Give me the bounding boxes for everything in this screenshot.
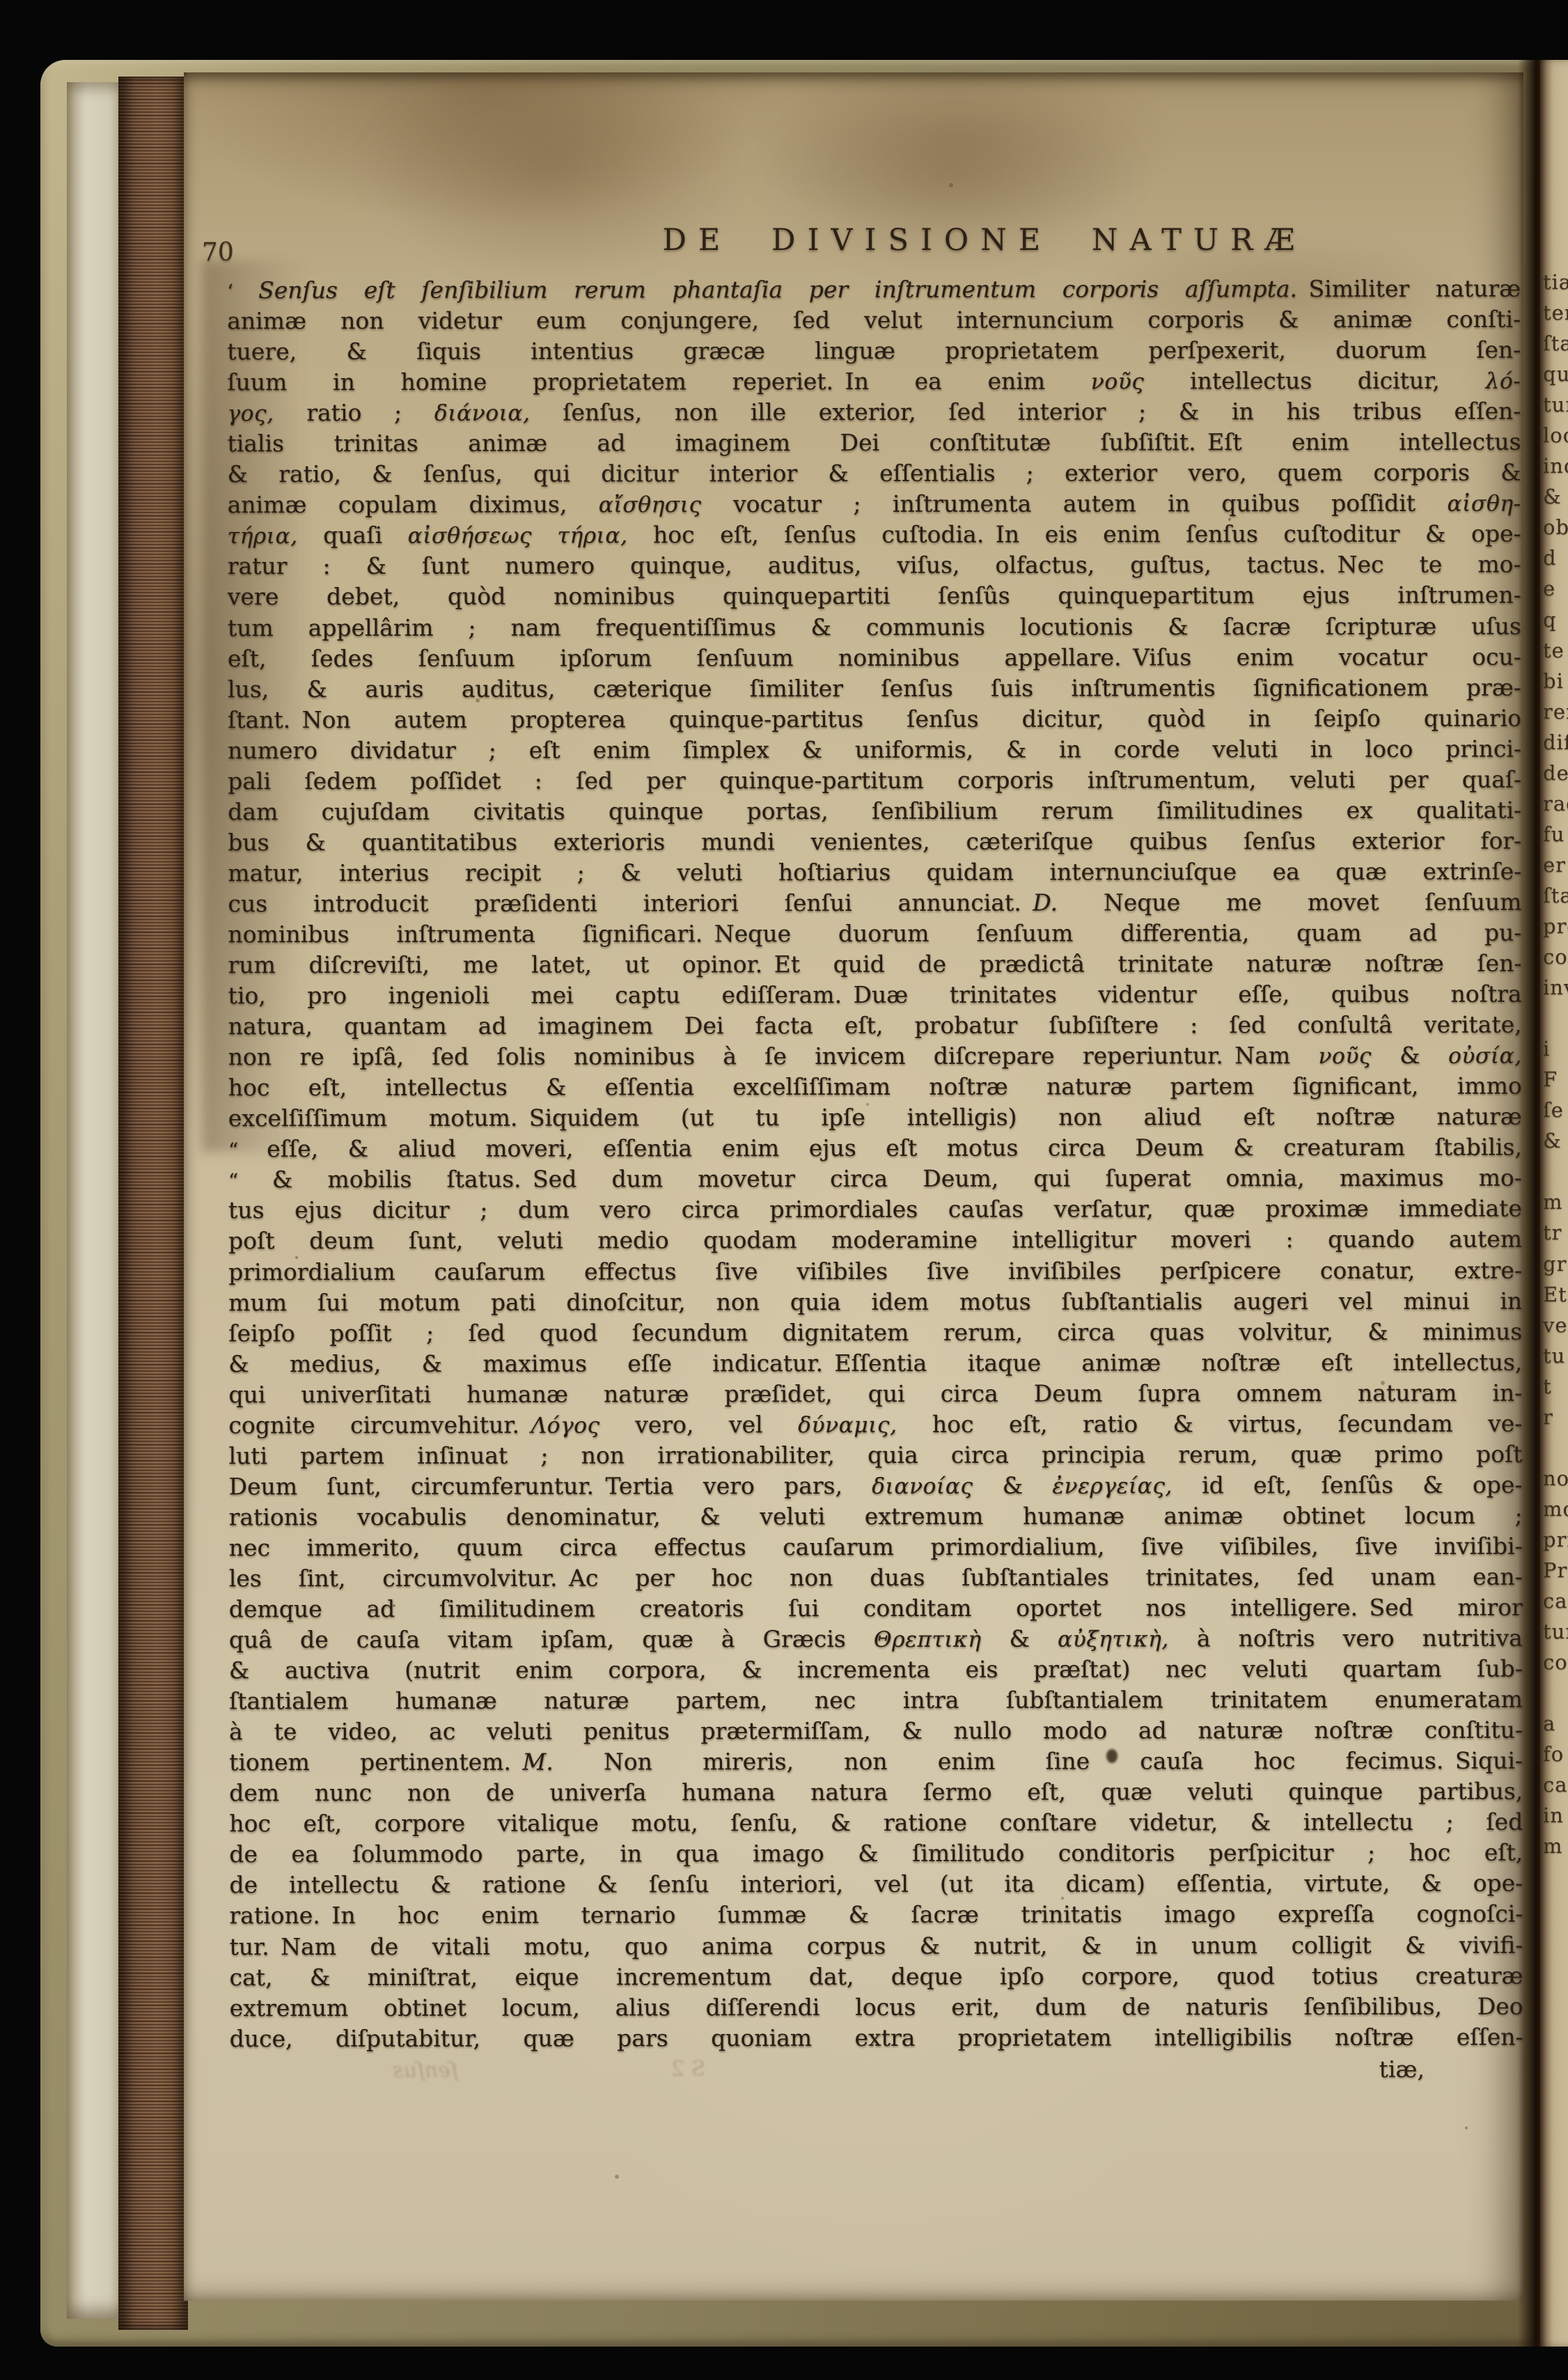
page-number: 70 [202,238,234,267]
text-line: ſtantialem humanæ naturæ partem, nec int… [229,1684,1523,1717]
text-line: tum appellârim ; nam frequentiſſimus & c… [228,611,1521,643]
next-page-text-fragment: ter [1540,297,1568,328]
text-line: les ſint, circumvolvitur. Ac per hoc non… [229,1562,1523,1595]
text-line: cat, & miniſtrat, eique incrementum dat,… [230,1960,1523,1993]
text-line: “ eſſe, & aliud moveri, eſſentia enim ej… [228,1132,1522,1165]
next-page-text-fragment: m [1540,1187,1568,1217]
text-line: cus introducit præſidenti interiori ſenſ… [228,887,1521,920]
next-page-text-fragment: gr [1540,1248,1568,1279]
next-page-text-fragment: fu [1540,819,1568,850]
text-line: animæ copulam diximus, αἴσθησις vocatur … [228,488,1521,521]
show-through-ghost: S 2 [671,2057,705,2081]
next-page-text-fragment: fo [1540,1739,1568,1769]
text-line: lus, & auris auditus, cæterique ſimilite… [228,672,1521,705]
text-line: Deum ſunt, circumferuntur. Tertia vero p… [229,1470,1523,1503]
next-page-text-fragment [1540,1861,1568,1892]
text-line: tio, pro ingenioli mei captu ediſſeram. … [228,979,1522,1012]
next-page-text-fragment: tur [1540,389,1568,420]
text-line: ‘ Senſus eſt ſenſibilium rerum phantaſia… [227,274,1521,306]
next-page-text-fragment: mo [1540,1494,1568,1524]
next-page-text-fragment: pri [1540,1524,1568,1555]
text-line: tionem pertinentem. M. Non mireris, non … [229,1746,1523,1778]
next-page-text-fragment: te [1540,635,1568,666]
next-page-text-fragment [1540,1892,1568,1923]
text-line: pali ſedem poſſidet : ſed per quinque-pa… [228,764,1521,797]
next-page-text-fragment: ob [1540,512,1568,542]
text-line: numero dividatur ; eſt enim ſimplex & un… [228,733,1521,766]
next-page-text-fragment [1540,1156,1568,1187]
text-line: quâ de cauſa vitam ipſam, quæ à Græcis Θ… [229,1623,1523,1656]
next-page-text-fragment: loc [1540,420,1568,451]
text-line: vere debet, quòd nominibus quinquepartit… [228,580,1521,613]
text-line: de ea ſolummodo parte, in qua imago & ſi… [229,1838,1523,1870]
next-page-text-fragment: cor [1540,941,1568,972]
next-page-text-fragment: tu [1540,1340,1568,1371]
text-line: mum ſui motum pati dinoſcitur, non quia … [228,1285,1522,1318]
next-page-text-fragment: bi [1540,666,1568,696]
text-line: & ratio, & ſenſus, qui dicitur interior … [228,457,1521,490]
next-page-text-fragment: F [1540,1064,1568,1095]
next-page-text-fragment: ca [1540,1769,1568,1800]
text-line: tuere, & ſiquis intentius græcæ linguæ p… [227,335,1521,368]
text-line: extremum obtinet locum, alius diſſerendi… [230,1991,1523,2023]
text-line: ſtant. Non autem propterea quinque-parti… [228,703,1521,735]
next-page-text-fragment: que [1540,359,1568,389]
next-page-text-fragment [1540,2015,1568,2046]
text-line: non re ipſâ, ſed ſolis nominibus à ſe in… [228,1040,1522,1073]
text-line: qui univerſitati humanæ naturæ præſidet,… [228,1377,1522,1410]
next-page-text-fragment: diſ [1540,727,1568,758]
paper-speckles [184,72,187,75]
text-line: ſeipſo poſſit ; ſed quod ſecundum dignit… [228,1316,1522,1349]
next-page-text-fragment: Et [1540,1279,1568,1310]
next-page-fragments: tiæterſtaqueturlocinc&obdeqtebirendiſder… [1540,267,1568,2046]
text-line: tialis trinitas animæ ad imaginem Dei co… [228,427,1521,460]
next-page-text-fragment: tr [1540,1217,1568,1248]
next-page-text-fragment: r [1540,1402,1568,1432]
text-line: luti partem inſinuat ; non irrationabili… [229,1439,1523,1471]
next-page-text-fragment: in [1540,1800,1568,1831]
text-line: nec immerito, quum circa effectus cauſar… [229,1531,1523,1564]
next-page-sliver: tiæterſtaqueturlocinc&obdeqtebirendiſder… [1540,60,1568,2347]
text-line: ratione. In hoc enim ternario ſummæ & ſa… [229,1899,1523,1932]
next-page-text-fragment: ren [1540,696,1568,727]
text-line: tur. Nam de vitali motu, quo anima corpu… [230,1929,1523,1962]
next-page-text-fragment: no [1540,1463,1568,1494]
next-page-text-fragment: car [1540,1586,1568,1616]
next-page-text-fragment: & [1540,481,1568,512]
next-page-text-fragment: inc [1540,451,1568,481]
text-line: eſt, ſedes ſenſuum ipſorum ſenſuum nomin… [228,641,1521,674]
next-page-text-fragment: t [1540,1371,1568,1402]
text-line: “ & mobilis ſtatus. Sed dum movetur circ… [228,1163,1522,1196]
text-line: primordialium cauſarum effectus ſive viſ… [228,1255,1522,1287]
book-page: 70 DE DIVISIONE NATURÆ ‘ Senſus eſt ſenſ… [184,72,1523,2301]
next-page-text-fragment: inv [1540,972,1568,1003]
next-page-text-fragment: tur [1540,1616,1568,1647]
next-page-text-fragment: Pri [1540,1555,1568,1586]
next-page-text-fragment [1540,1432,1568,1463]
next-page-text-fragment: rac [1540,788,1568,819]
next-page-text-fragment [1540,1984,1568,2015]
next-page-text-fragment: tiæ [1540,267,1568,297]
text-line: bus & quantitatibus exterioris mundi ven… [228,826,1521,859]
text-line: duce, diſputabitur, quæ pars quoniam ext… [230,2021,1523,2054]
next-page-text-fragment: ſta [1540,328,1568,359]
text-line: rationis vocabulis denominatur, & veluti… [229,1501,1523,1533]
text-line: excelſiſſimum motum. Siquidem (ut tu ipſ… [228,1102,1522,1134]
text-line: tus ejus dicitur ; dum vero circa primor… [228,1193,1522,1226]
next-page-text-fragment: a [1540,1708,1568,1739]
next-page-text-fragment: ve [1540,1310,1568,1340]
text-line: matur, interius recipit ; & veluti hoſti… [228,856,1521,889]
next-page-text-fragment: & [1540,1125,1568,1156]
text-line: hoc eſt, intellectus & eſſentia excelſiſ… [228,1071,1522,1104]
text-line: ratur : & ſunt numero quinque, auditus, … [228,549,1521,582]
text-line: à te video, ac veluti penitus prætermiſſ… [229,1715,1523,1748]
endpaper-edge [67,82,124,2319]
next-page-text-fragment [1540,1954,1568,1984]
next-page-text-fragment: pre [1540,911,1568,941]
photo-backdrop: 70 DE DIVISIONE NATURÆ ‘ Senſus eſt ſenſ… [0,0,1568,2380]
catchword: tiæ, [1379,2056,1425,2083]
next-page-text-fragment [1540,1923,1568,1954]
text-block: ‘ Senſus eſt ſenſibilium rerum phantaſia… [227,274,1523,2054]
text-line: cognite circumvehitur. Λόγος vero, vel δ… [228,1408,1522,1441]
next-page-text-fragment: m [1540,1831,1568,1861]
text-line: & medius, & maximus eſſe indicatur. Eſſe… [228,1347,1522,1379]
running-title: DE DIVISIONE NATURÆ [462,223,1507,258]
next-page-text-fragment: i [1540,1033,1568,1064]
text-line: dem nunc non de univerſa humana natura ſ… [229,1776,1523,1809]
text-line: de intellectu & ratione & ſenſu interior… [229,1868,1523,1901]
text-line: demque ad ſimilitudinem creatoris ſui co… [229,1592,1523,1625]
text-line: & auctiva (nutrit enim corpora, & increm… [229,1654,1523,1686]
next-page-text-fragment: er [1540,850,1568,880]
next-page-text-fragment [1540,1677,1568,1708]
text-line: rum diſcreviſti, me latet, ut opinor. Et… [228,948,1522,981]
next-page-text-fragment: e [1540,573,1568,604]
text-line: animæ non videtur eum conjungere, ſed ve… [227,304,1521,337]
text-line: natura, quantam ad imaginem Dei facta eſ… [228,1010,1522,1042]
text-line: ſuum in homine proprietatem reperiet. In… [227,366,1521,398]
next-page-text-fragment: de [1540,758,1568,788]
text-line: τήρια, quaſi αἰσθήσεως τήρια, hoc eſt, ſ… [228,519,1521,551]
page-block-fore-edge [118,77,188,2330]
show-through-ghost: ſenſus [393,2058,458,2083]
text-line: nominibus inſtrumenta ſignificari. Neque… [228,918,1522,950]
next-page-text-fragment: ſe [1540,1095,1568,1125]
text-line: γος, ratio ; διάνοια, ſenſus, non ille e… [227,396,1521,429]
next-page-text-fragment: ſta [1540,880,1568,911]
next-page-text-fragment: co [1540,1647,1568,1677]
text-line: hoc eſt, corpore vitalique motu, ſenſu, … [229,1807,1523,1840]
text-line: dam cujuſdam civitatis quinque portas, ſ… [228,795,1521,828]
next-page-text-fragment [1540,1003,1568,1033]
gutter-shadow [1518,60,1543,2347]
next-page-text-fragment: q [1540,604,1568,635]
text-line: poſt deum ſunt, veluti medio quodam mode… [228,1224,1522,1257]
next-page-text-fragment: d [1540,542,1568,573]
